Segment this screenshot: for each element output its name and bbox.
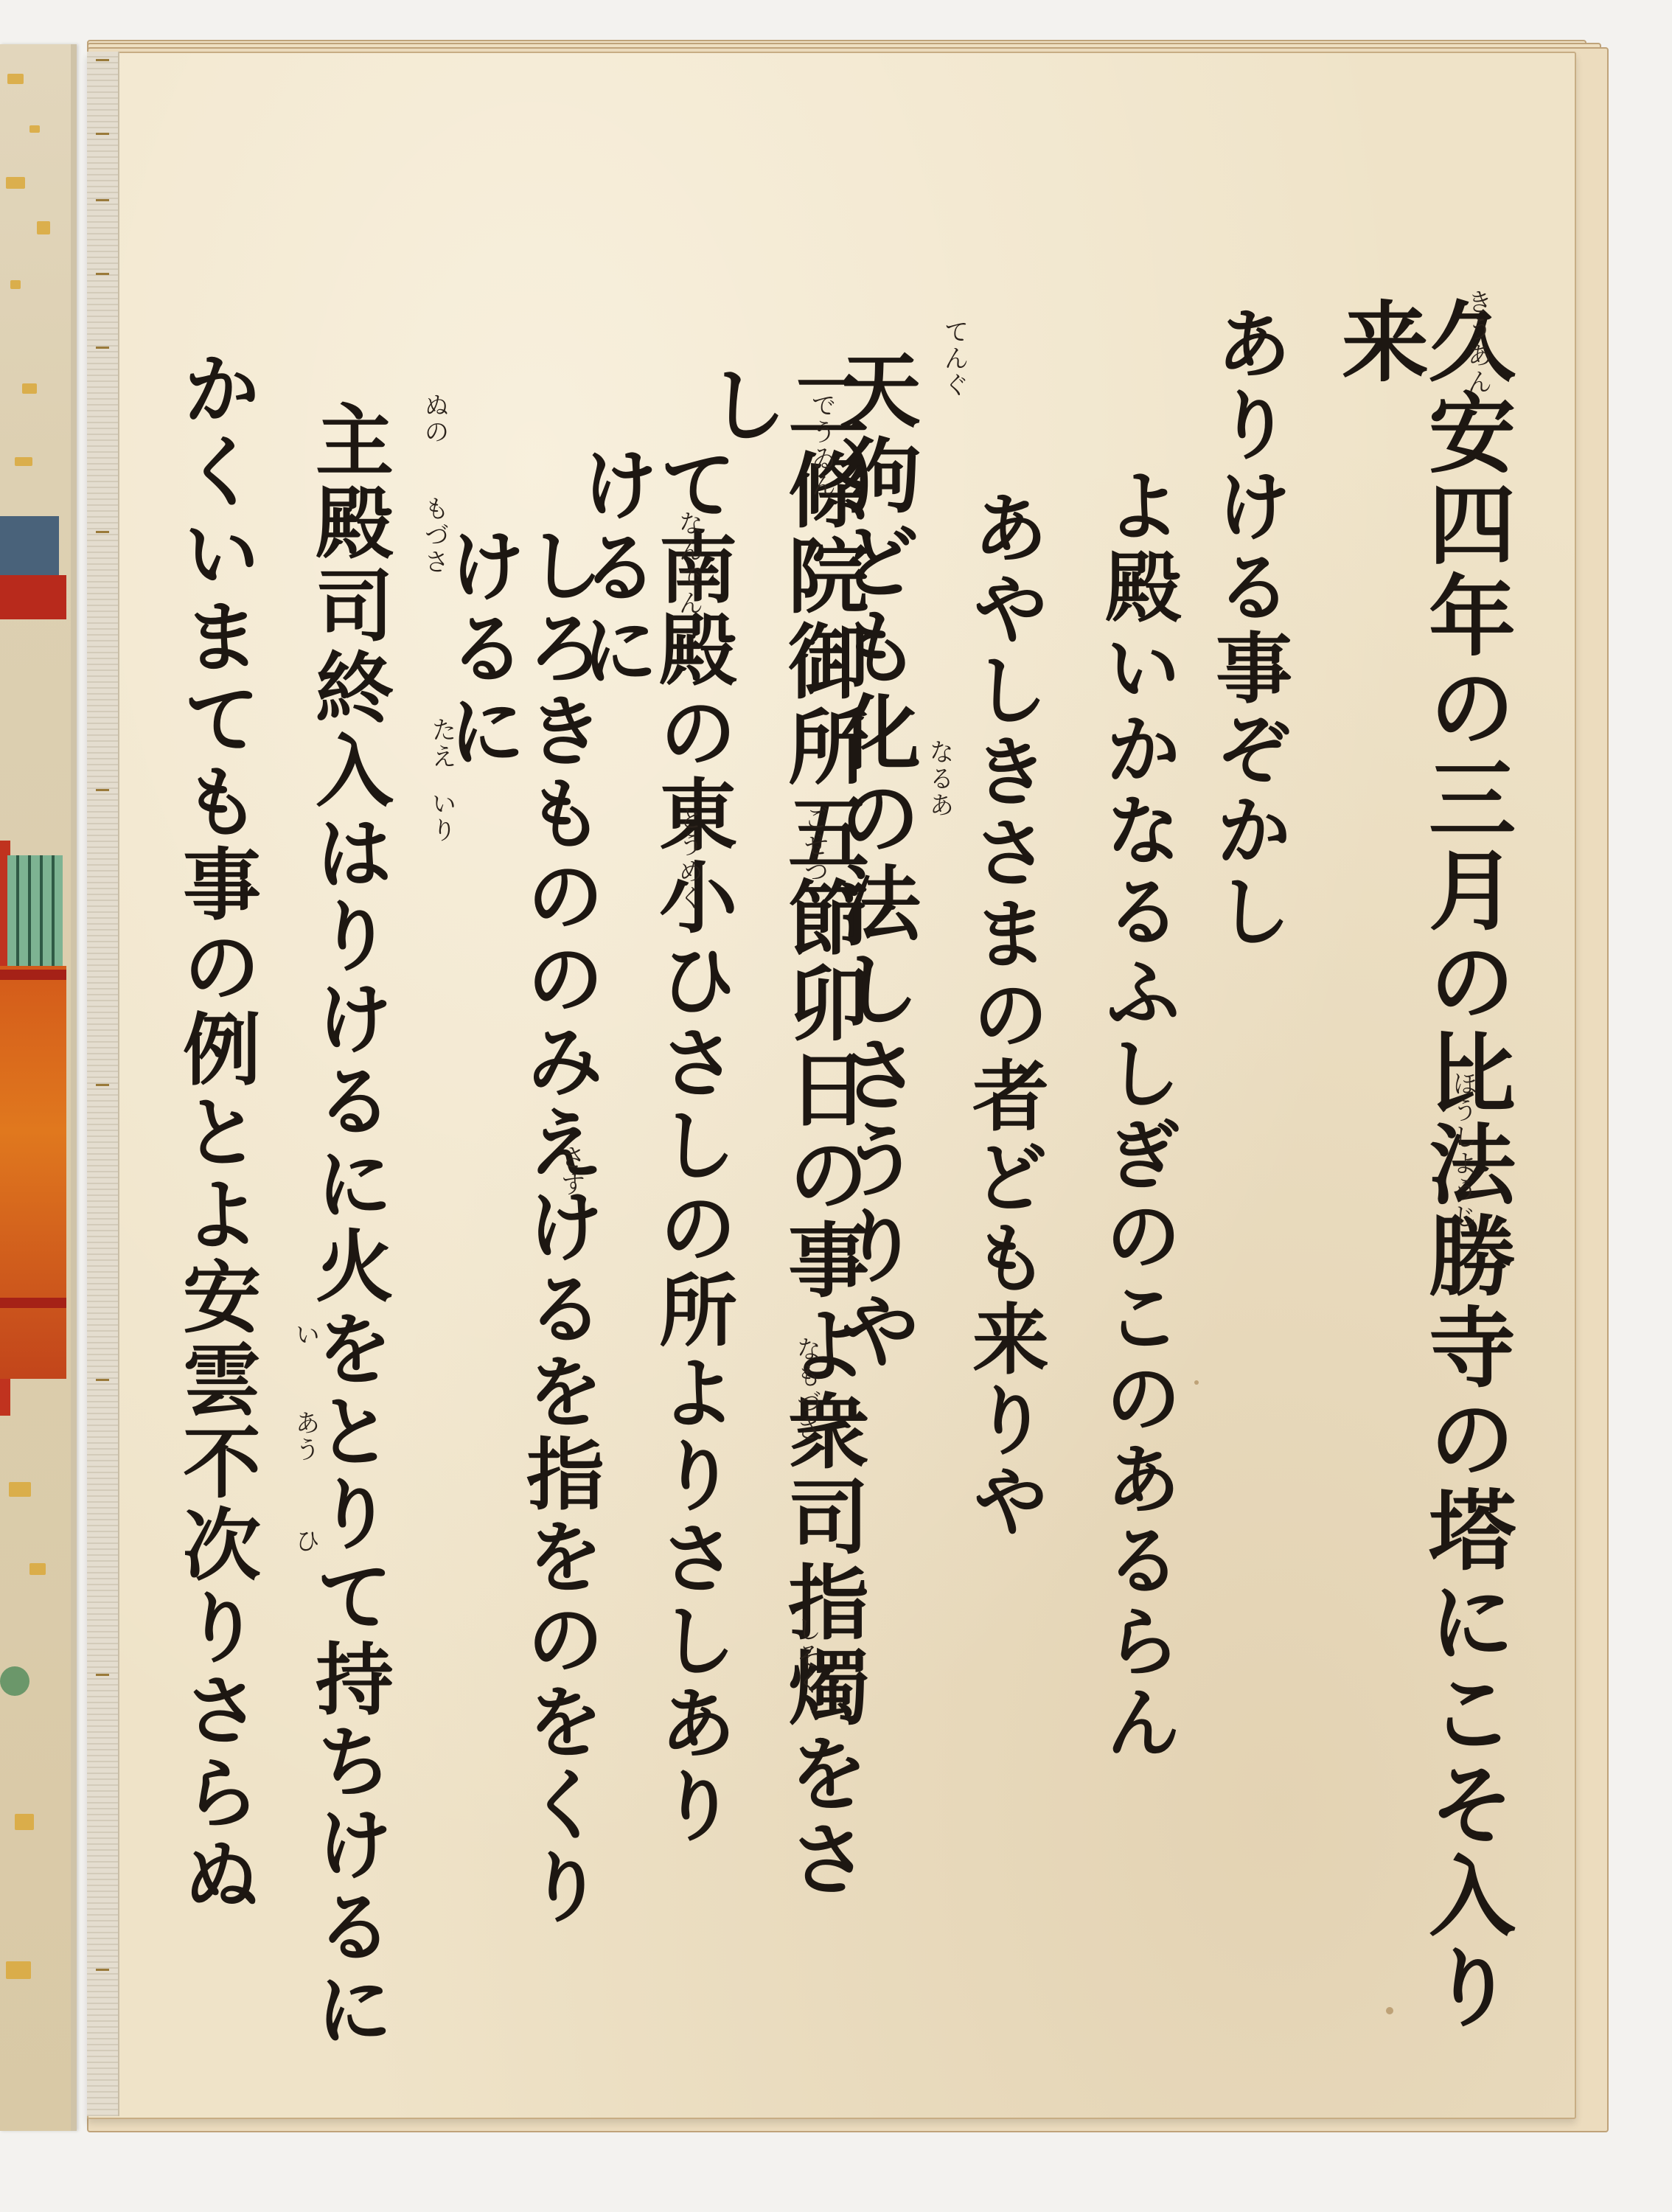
binding-strip [87, 52, 119, 2116]
illustration-green-blind [7, 855, 63, 966]
furigana: てんぐ [936, 319, 972, 398]
gold-leaf-fleck [6, 1961, 31, 1979]
furigana: でうゐん [804, 392, 840, 498]
manuscript-page: 久安四年の三月の比法勝寺の塔にこそ入り来 きうあん ほうしようじ ありける事ぞか… [87, 52, 1576, 2119]
illustration-beam [0, 1298, 66, 1308]
stitch [96, 199, 109, 201]
gold-leaf-fleck [6, 177, 25, 189]
stitch [96, 1674, 109, 1676]
stitch [96, 133, 109, 135]
stitch [96, 1379, 109, 1381]
furigana: いり [424, 790, 460, 844]
text-column-8: しろきもののみえけるを指をのをくりけるに [442, 525, 599, 2000]
gold-leaf-fleck [15, 457, 32, 466]
illustration-red-roof [0, 575, 66, 619]
gold-leaf-fleck [10, 280, 21, 289]
stitch [96, 1084, 109, 1086]
gold-leaf-fleck [29, 1563, 46, 1575]
furigana: きうあん [1460, 289, 1496, 395]
furigana: ひ [288, 1528, 324, 1554]
furigana: なもづさ [789, 1336, 825, 1442]
furigana: たえ [424, 717, 460, 770]
illustration-beam [0, 970, 66, 980]
gold-leaf-fleck [37, 221, 50, 234]
furigana: い [288, 1321, 324, 1348]
furigana: ごせつ [796, 805, 832, 885]
gold-leaf-fleck [22, 383, 37, 394]
text-column-4: あやしきさまの者ども来りや [966, 488, 1042, 1742]
text-column-2: ありける事ぞかし [1209, 304, 1286, 967]
furigana: なんでん [671, 510, 707, 616]
stitch [96, 1969, 109, 1971]
text-column-9: 主殿司終入はりけるに火をとりて持ちけるに [310, 400, 388, 2096]
stitch [96, 59, 109, 61]
furigana: ぬの [417, 392, 453, 445]
stitch [96, 347, 109, 349]
stitch [96, 273, 109, 275]
furigana: なるあ [922, 739, 958, 818]
furigana: ほうしようじ [1445, 1071, 1481, 1230]
furigana: とうめく [671, 805, 707, 911]
gold-leaf-fleck [9, 1482, 31, 1497]
illustration-foliage [0, 1666, 29, 1696]
furigana: もづさ [417, 495, 453, 575]
furigana: あう [288, 1410, 324, 1463]
gold-leaf-fleck [7, 74, 24, 84]
stitch [96, 789, 109, 791]
facing-illustrated-page [0, 44, 77, 2131]
furigana: さす [553, 1144, 589, 1197]
illustration-orange-wall [0, 966, 66, 1379]
gold-leaf-fleck [29, 125, 40, 133]
text-column-10: かくいまても事の例とよ安雲不次りさらぬ [177, 348, 255, 2118]
gold-leaf-fleck [15, 1814, 34, 1830]
text-column-3: よ殿いかなるふしぎのこのあるらん [1098, 466, 1175, 1793]
text-column-1: 久安四年の三月の比法勝寺の塔にこそ入り来 [1334, 296, 1508, 2066]
stitch [96, 531, 109, 533]
furigana: しそく [789, 1616, 825, 1696]
foxing-spot [1194, 1380, 1199, 1385]
